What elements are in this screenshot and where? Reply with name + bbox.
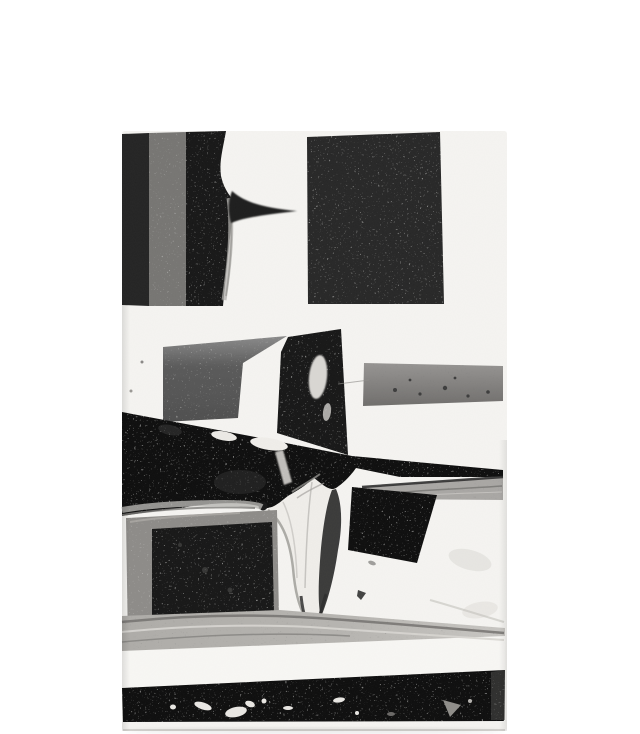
soap-right-edge-shade — [499, 440, 507, 731]
soap-bar — [122, 131, 507, 731]
soap-photo-canvas: Black-and-white photograph of a rectangu… — [0, 0, 640, 734]
soap-grain-overlay — [122, 131, 507, 731]
soap-product-photo: Black-and-white photograph of a rectangu… — [0, 0, 640, 734]
soap-left-edge-shade — [122, 300, 130, 731]
